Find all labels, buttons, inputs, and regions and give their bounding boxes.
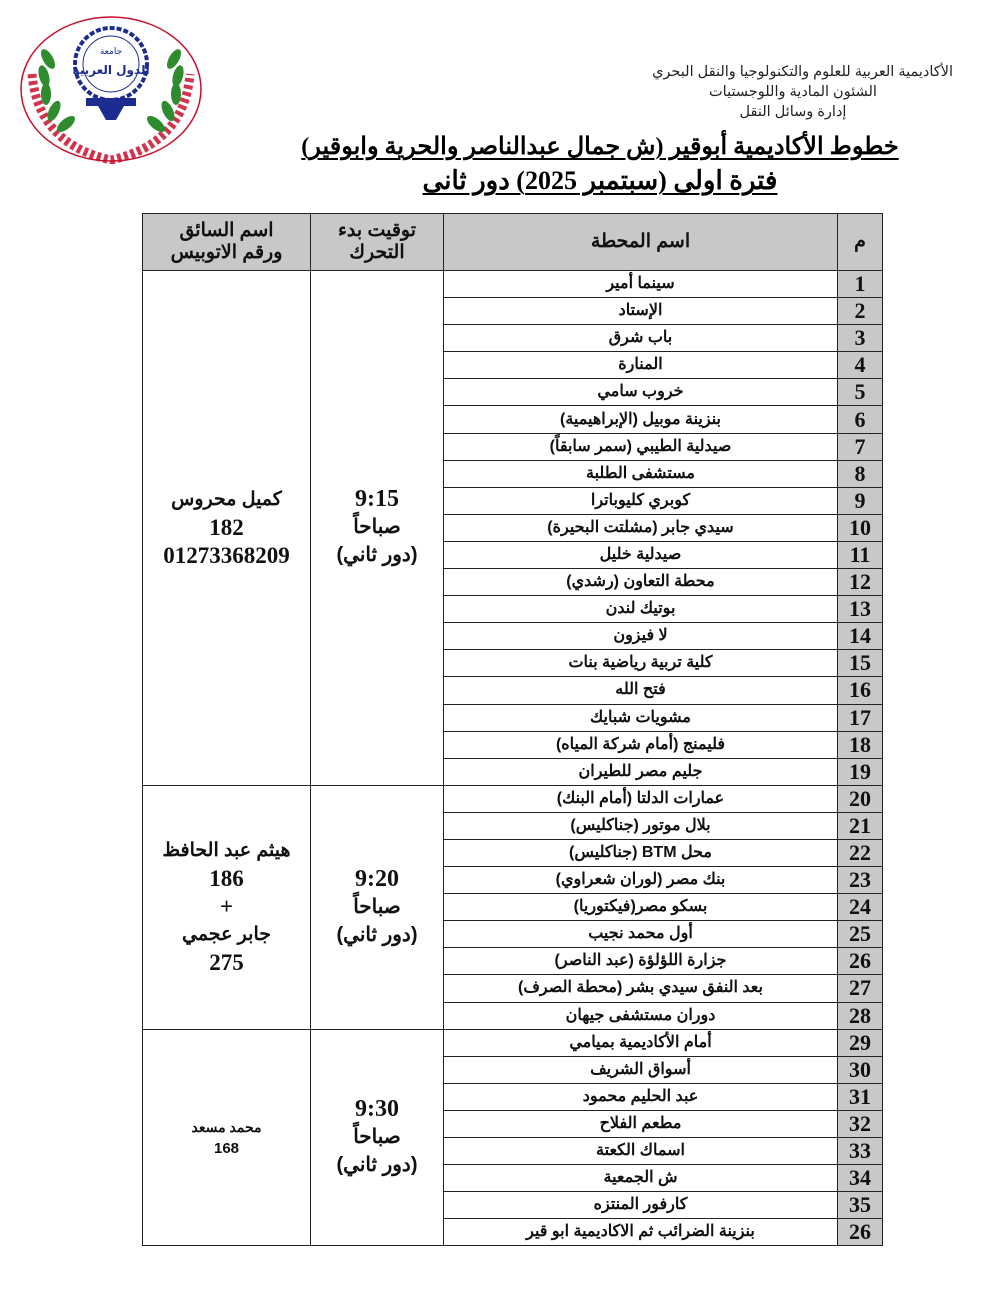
stop-number: 22	[838, 839, 883, 866]
stop-number: 24	[838, 894, 883, 921]
stop-number: 25	[838, 921, 883, 948]
station-name: فليمنج (أمام شركة المياه)	[444, 731, 838, 758]
table-row: 29أمام الأكاديمية بميامي9:30صباحاً(دور ث…	[143, 1029, 883, 1056]
stop-number: 1	[838, 271, 883, 298]
station-name: بوتيك لندن	[444, 596, 838, 623]
title-line-2: فترة اولى (سبتمبر 2025) دور ثانى	[423, 166, 778, 195]
stop-number: 2	[838, 298, 883, 325]
table-body: 1سينما أمير9:15صباحاً(دور ثاني)كميل محرو…	[143, 271, 883, 1246]
station-name: بلال موتور (جناكليس)	[444, 812, 838, 839]
driver-name: هيثم عبد الحافظ	[143, 837, 310, 865]
stop-number: 4	[838, 352, 883, 379]
stop-number: 19	[838, 758, 883, 785]
driver-bus-cell: هيثم عبد الحافظ186+جابر عجمي275	[143, 785, 311, 1029]
document-title: خطوط الأكاديمية أبوقير (ش جمال عبدالناصر…	[180, 132, 950, 161]
driver-name: محمد مسعد	[143, 1116, 310, 1138]
stop-number: 27	[838, 975, 883, 1002]
station-name: صيدلية الطيبي (سمر سابقاً)	[444, 433, 838, 460]
station-name: عمارات الدلتا (أمام البنك)	[444, 785, 838, 812]
svg-text:جامعة: جامعة	[100, 47, 122, 57]
station-name: اسماك الكعتة	[444, 1138, 838, 1165]
start-time-cell: 9:20صباحاً(دور ثاني)	[311, 785, 444, 1029]
stop-number: 20	[838, 785, 883, 812]
stop-number: 21	[838, 812, 883, 839]
stop-number: 33	[838, 1138, 883, 1165]
station-name: مطعم الفلاح	[444, 1110, 838, 1137]
time-period: صباحاً	[311, 893, 443, 921]
bus-routes-table: م اسم المحطة توقيت بدء التحرك اسم السائق…	[142, 213, 883, 1246]
time-period: صباحاً	[311, 513, 443, 541]
station-name: بسكو مصر(فيكتوريا)	[444, 894, 838, 921]
stop-number: 12	[838, 569, 883, 596]
station-name: سينما أمير	[444, 271, 838, 298]
stop-number: 35	[838, 1192, 883, 1219]
org-line-division: إدارة وسائل النقل	[573, 102, 953, 122]
title-line-1: خطوط الأكاديمية أبوقير (ش جمال عبدالناصر…	[301, 134, 898, 160]
bus-or-phone-number: 01273368209	[143, 542, 310, 570]
start-time: 9:20	[311, 866, 443, 893]
start-time: 9:30	[311, 1096, 443, 1123]
stop-number: 26	[838, 1219, 883, 1246]
station-name: مستشفى الطلبة	[444, 460, 838, 487]
stop-number: 17	[838, 704, 883, 731]
station-name: بعد النفق سيدي بشر (محطة الصرف)	[444, 975, 838, 1002]
driver-name: كميل محروس	[143, 486, 310, 514]
station-name: بنك مصر (لوران شعراوي)	[444, 867, 838, 894]
start-time-cell: 9:15صباحاً(دور ثاني)	[311, 271, 444, 786]
station-name: أسواق الشريف	[444, 1056, 838, 1083]
org-line-academy: الأكاديمية العربية للعلوم والتكنولوجيا و…	[573, 62, 953, 82]
table-row: 20عمارات الدلتا (أمام البنك)9:20صباحاً(د…	[143, 785, 883, 812]
stop-number: 7	[838, 433, 883, 460]
station-name: محطة التعاون (رشدي)	[444, 569, 838, 596]
driver-bus-cell: كميل محروس18201273368209	[143, 271, 311, 786]
column-header-driver-bus: اسم السائق ورقم الاتوبيس	[143, 214, 311, 271]
station-name: صيدلية خليل	[444, 541, 838, 568]
station-name: الإستاد	[444, 298, 838, 325]
stop-number: 14	[838, 623, 883, 650]
stop-number: 16	[838, 677, 883, 704]
column-header-station: اسم المحطة	[444, 214, 838, 271]
logo-emblem-icon: جامعة الدول العربية	[18, 14, 204, 164]
column-header-start-time: توقيت بدء التحرك	[311, 214, 444, 271]
stop-number: 29	[838, 1029, 883, 1056]
stop-number: 5	[838, 379, 883, 406]
station-name: أول محمد نجيب	[444, 921, 838, 948]
document-subtitle: فترة اولى (سبتمبر 2025) دور ثانى	[180, 166, 950, 196]
stop-number: 28	[838, 1002, 883, 1029]
academy-logo: جامعة الدول العربية	[18, 14, 204, 164]
bus-or-phone-number: 168	[143, 1138, 310, 1160]
station-name: عبد الحليم محمود	[444, 1083, 838, 1110]
start-time-cell: 9:30صباحاً(دور ثاني)	[311, 1029, 444, 1246]
station-name: بنزينة موبيل (الإبراهيمية)	[444, 406, 838, 433]
station-name: كارفور المنتزه	[444, 1192, 838, 1219]
table-header-row: م اسم المحطة توقيت بدء التحرك اسم السائق…	[143, 214, 883, 271]
station-name: بنزينة الضرائب ثم الاكاديمية ابو قير	[444, 1219, 838, 1246]
table-row: 1سينما أمير9:15صباحاً(دور ثاني)كميل محرو…	[143, 271, 883, 298]
bus-or-phone-number: +	[143, 893, 310, 921]
svg-text:الدول العربية: الدول العربية	[72, 63, 149, 78]
station-name: خروب سامي	[444, 379, 838, 406]
organization-header: الأكاديمية العربية للعلوم والتكنولوجيا و…	[573, 62, 953, 122]
station-name: سيدي جابر (مشلتت البحيرة)	[444, 514, 838, 541]
station-name: المنارة	[444, 352, 838, 379]
stop-number: 10	[838, 514, 883, 541]
shift-label: (دور ثاني)	[311, 1151, 443, 1179]
column-header-number: م	[838, 214, 883, 271]
station-name: كوبري كليوباترا	[444, 487, 838, 514]
stop-number: 3	[838, 325, 883, 352]
station-name: مشويات شبايك	[444, 704, 838, 731]
stop-number: 6	[838, 406, 883, 433]
station-name: محل BTM (جناكليس)	[444, 839, 838, 866]
stop-number: 31	[838, 1083, 883, 1110]
start-time: 9:15	[311, 486, 443, 513]
station-name: باب شرق	[444, 325, 838, 352]
stop-number: 15	[838, 650, 883, 677]
shift-label: (دور ثاني)	[311, 541, 443, 569]
driver-bus-cell: محمد مسعد168	[143, 1029, 311, 1246]
bus-or-phone-number: 186	[143, 865, 310, 893]
time-period: صباحاً	[311, 1123, 443, 1151]
stop-number: 23	[838, 867, 883, 894]
stop-number: 26	[838, 948, 883, 975]
org-line-department: الشئون المادية واللوجستيات	[573, 82, 953, 102]
stop-number: 18	[838, 731, 883, 758]
station-name: لا فيزون	[444, 623, 838, 650]
bus-or-phone-number: 182	[143, 514, 310, 542]
station-name: جليم مصر للطيران	[444, 758, 838, 785]
station-name: دوران مستشفى جيهان	[444, 1002, 838, 1029]
station-name: فتح الله	[444, 677, 838, 704]
bus-or-phone-number: 275	[143, 949, 310, 977]
stop-number: 34	[838, 1165, 883, 1192]
station-name: كلية تربية رياضية بنات	[444, 650, 838, 677]
stop-number: 9	[838, 487, 883, 514]
station-name: أمام الأكاديمية بميامي	[444, 1029, 838, 1056]
station-name: جزارة اللؤلؤة (عبد الناصر)	[444, 948, 838, 975]
stop-number: 30	[838, 1056, 883, 1083]
shift-label: (دور ثاني)	[311, 921, 443, 949]
station-name: ش الجمعية	[444, 1165, 838, 1192]
stop-number: 8	[838, 460, 883, 487]
stop-number: 13	[838, 596, 883, 623]
driver-name: جابر عجمي	[143, 921, 310, 949]
stop-number: 32	[838, 1110, 883, 1137]
stop-number: 11	[838, 541, 883, 568]
